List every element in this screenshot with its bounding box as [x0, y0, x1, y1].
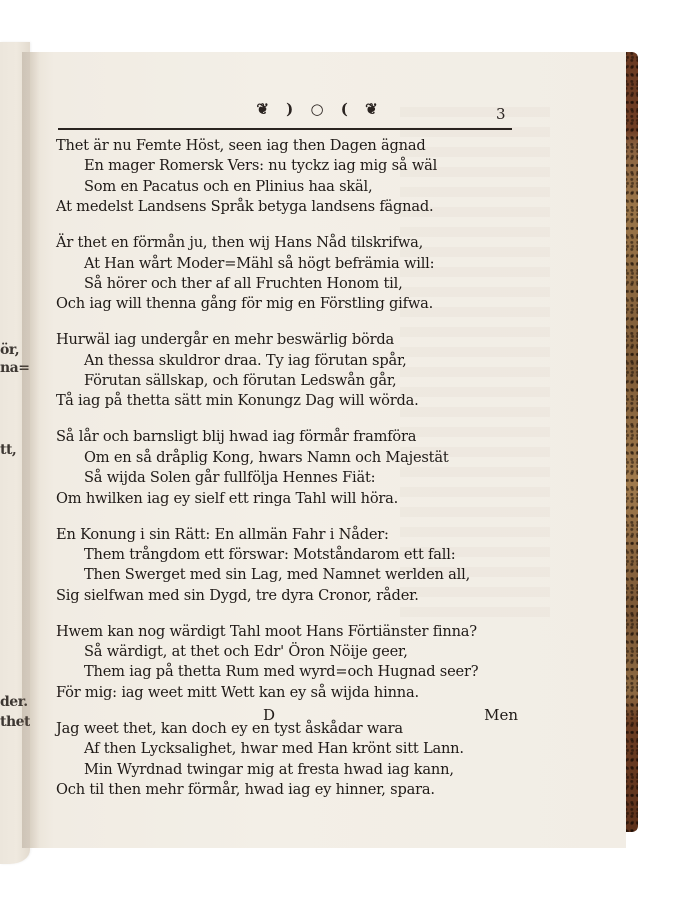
verse-line: Så wärdigt, at thet och Edr' Öron Nöije … — [56, 642, 526, 662]
verse-line: Sig sielfwan med sin Dygd, tre dyra Cron… — [56, 586, 526, 606]
stanza: En Konung i sin Rätt: En allmän Fahr i N… — [56, 525, 526, 607]
verse-line: Om hwilken iag ey sielf ett ringa Tahl w… — [56, 489, 526, 509]
verse-line: Som en Pacatus och en Plinius haa skäl, — [56, 177, 526, 197]
verse-line: En mager Romersk Vers: nu tyckz iag mig … — [56, 156, 526, 176]
gutter-shadow — [22, 52, 40, 848]
header-ornament: ❦ ) ○ ( ❦ — [215, 100, 425, 118]
verse-line: Hurwäl iag undergår en mehr beswärlig bö… — [56, 330, 526, 350]
verse-line: At medelst Landsens Språk betyga landsen… — [56, 197, 526, 217]
verse-line: Hwem kan nog wärdigt Tahl moot Hans Fört… — [56, 622, 526, 642]
stanza: Är thet en förmån ju, then wij Hans Nåd … — [56, 233, 526, 315]
book-spine-edge — [624, 52, 638, 832]
verse-line: Så lår och barnsligt blij hwad iag förmå… — [56, 427, 526, 447]
verse-line: Är thet en förmån ju, then wij Hans Nåd … — [56, 233, 526, 253]
verse-line: Så hörer och ther af all Fruchten Honom … — [56, 274, 526, 294]
page-footer: D Men — [56, 706, 518, 728]
verse-line: Thet är nu Femte Höst, seen iag then Dag… — [56, 136, 526, 156]
verse-line: Och iag will thenna gång för mig en Förs… — [56, 294, 526, 314]
catchword: Men — [484, 706, 518, 724]
verse-line: Förutan sällskap, och förutan Ledswån gå… — [56, 371, 526, 391]
verse-line: Och til then mehr förmår, hwad iag ey hi… — [56, 780, 526, 800]
verse-line: Them iag på thetta Rum med wyrd=och Hugn… — [56, 662, 526, 682]
verse-line: At Han wårt Moder=Mähl så högt befrämia … — [56, 254, 526, 274]
verse-line: Min Wyrdnad twingar mig at fresta hwad i… — [56, 760, 526, 780]
header-rule — [58, 128, 512, 130]
verse-line: För mig: iag weet mitt Wett kan ey så wi… — [56, 683, 526, 703]
verse-line: Then Swerget med sin Lag, med Namnet wer… — [56, 565, 526, 585]
left-page-fragment: tt, — [0, 442, 16, 458]
verse-line: Af then Lycksalighet, hwar med Han krönt… — [56, 739, 526, 759]
verse-line: Tå iag på thetta sätt min Konungz Dag wi… — [56, 391, 526, 411]
verse-line: En Konung i sin Rätt: En allmän Fahr i N… — [56, 525, 526, 545]
signature-mark: D — [263, 706, 275, 724]
verse-line: Om en så dråplig Kong, hwars Namn och Ma… — [56, 448, 526, 468]
stanza: Jag weet thet, kan doch ey en tyst åskåd… — [56, 719, 526, 801]
verse-line: Them trångdom ett förswar: Motståndarom … — [56, 545, 526, 565]
stanza: Thet är nu Femte Höst, seen iag then Dag… — [56, 136, 526, 218]
book-page: ❦ ) ○ ( ❦ 3 Thet är nu Femte Höst, seen … — [30, 52, 626, 848]
page-number: 3 — [496, 105, 506, 123]
verse-line: Så wijda Solen går fullfölja Hennes Fiät… — [56, 468, 526, 488]
stanza: Hwem kan nog wärdigt Tahl moot Hans Fört… — [56, 622, 526, 704]
stanza: Så lår och barnsligt blij hwad iag förmå… — [56, 427, 526, 509]
verse-line: An thessa skuldror draa. Ty iag förutan … — [56, 351, 526, 371]
stanza: Hurwäl iag undergår en mehr beswärlig bö… — [56, 330, 526, 412]
left-page-fragment: ör, — [0, 342, 19, 358]
